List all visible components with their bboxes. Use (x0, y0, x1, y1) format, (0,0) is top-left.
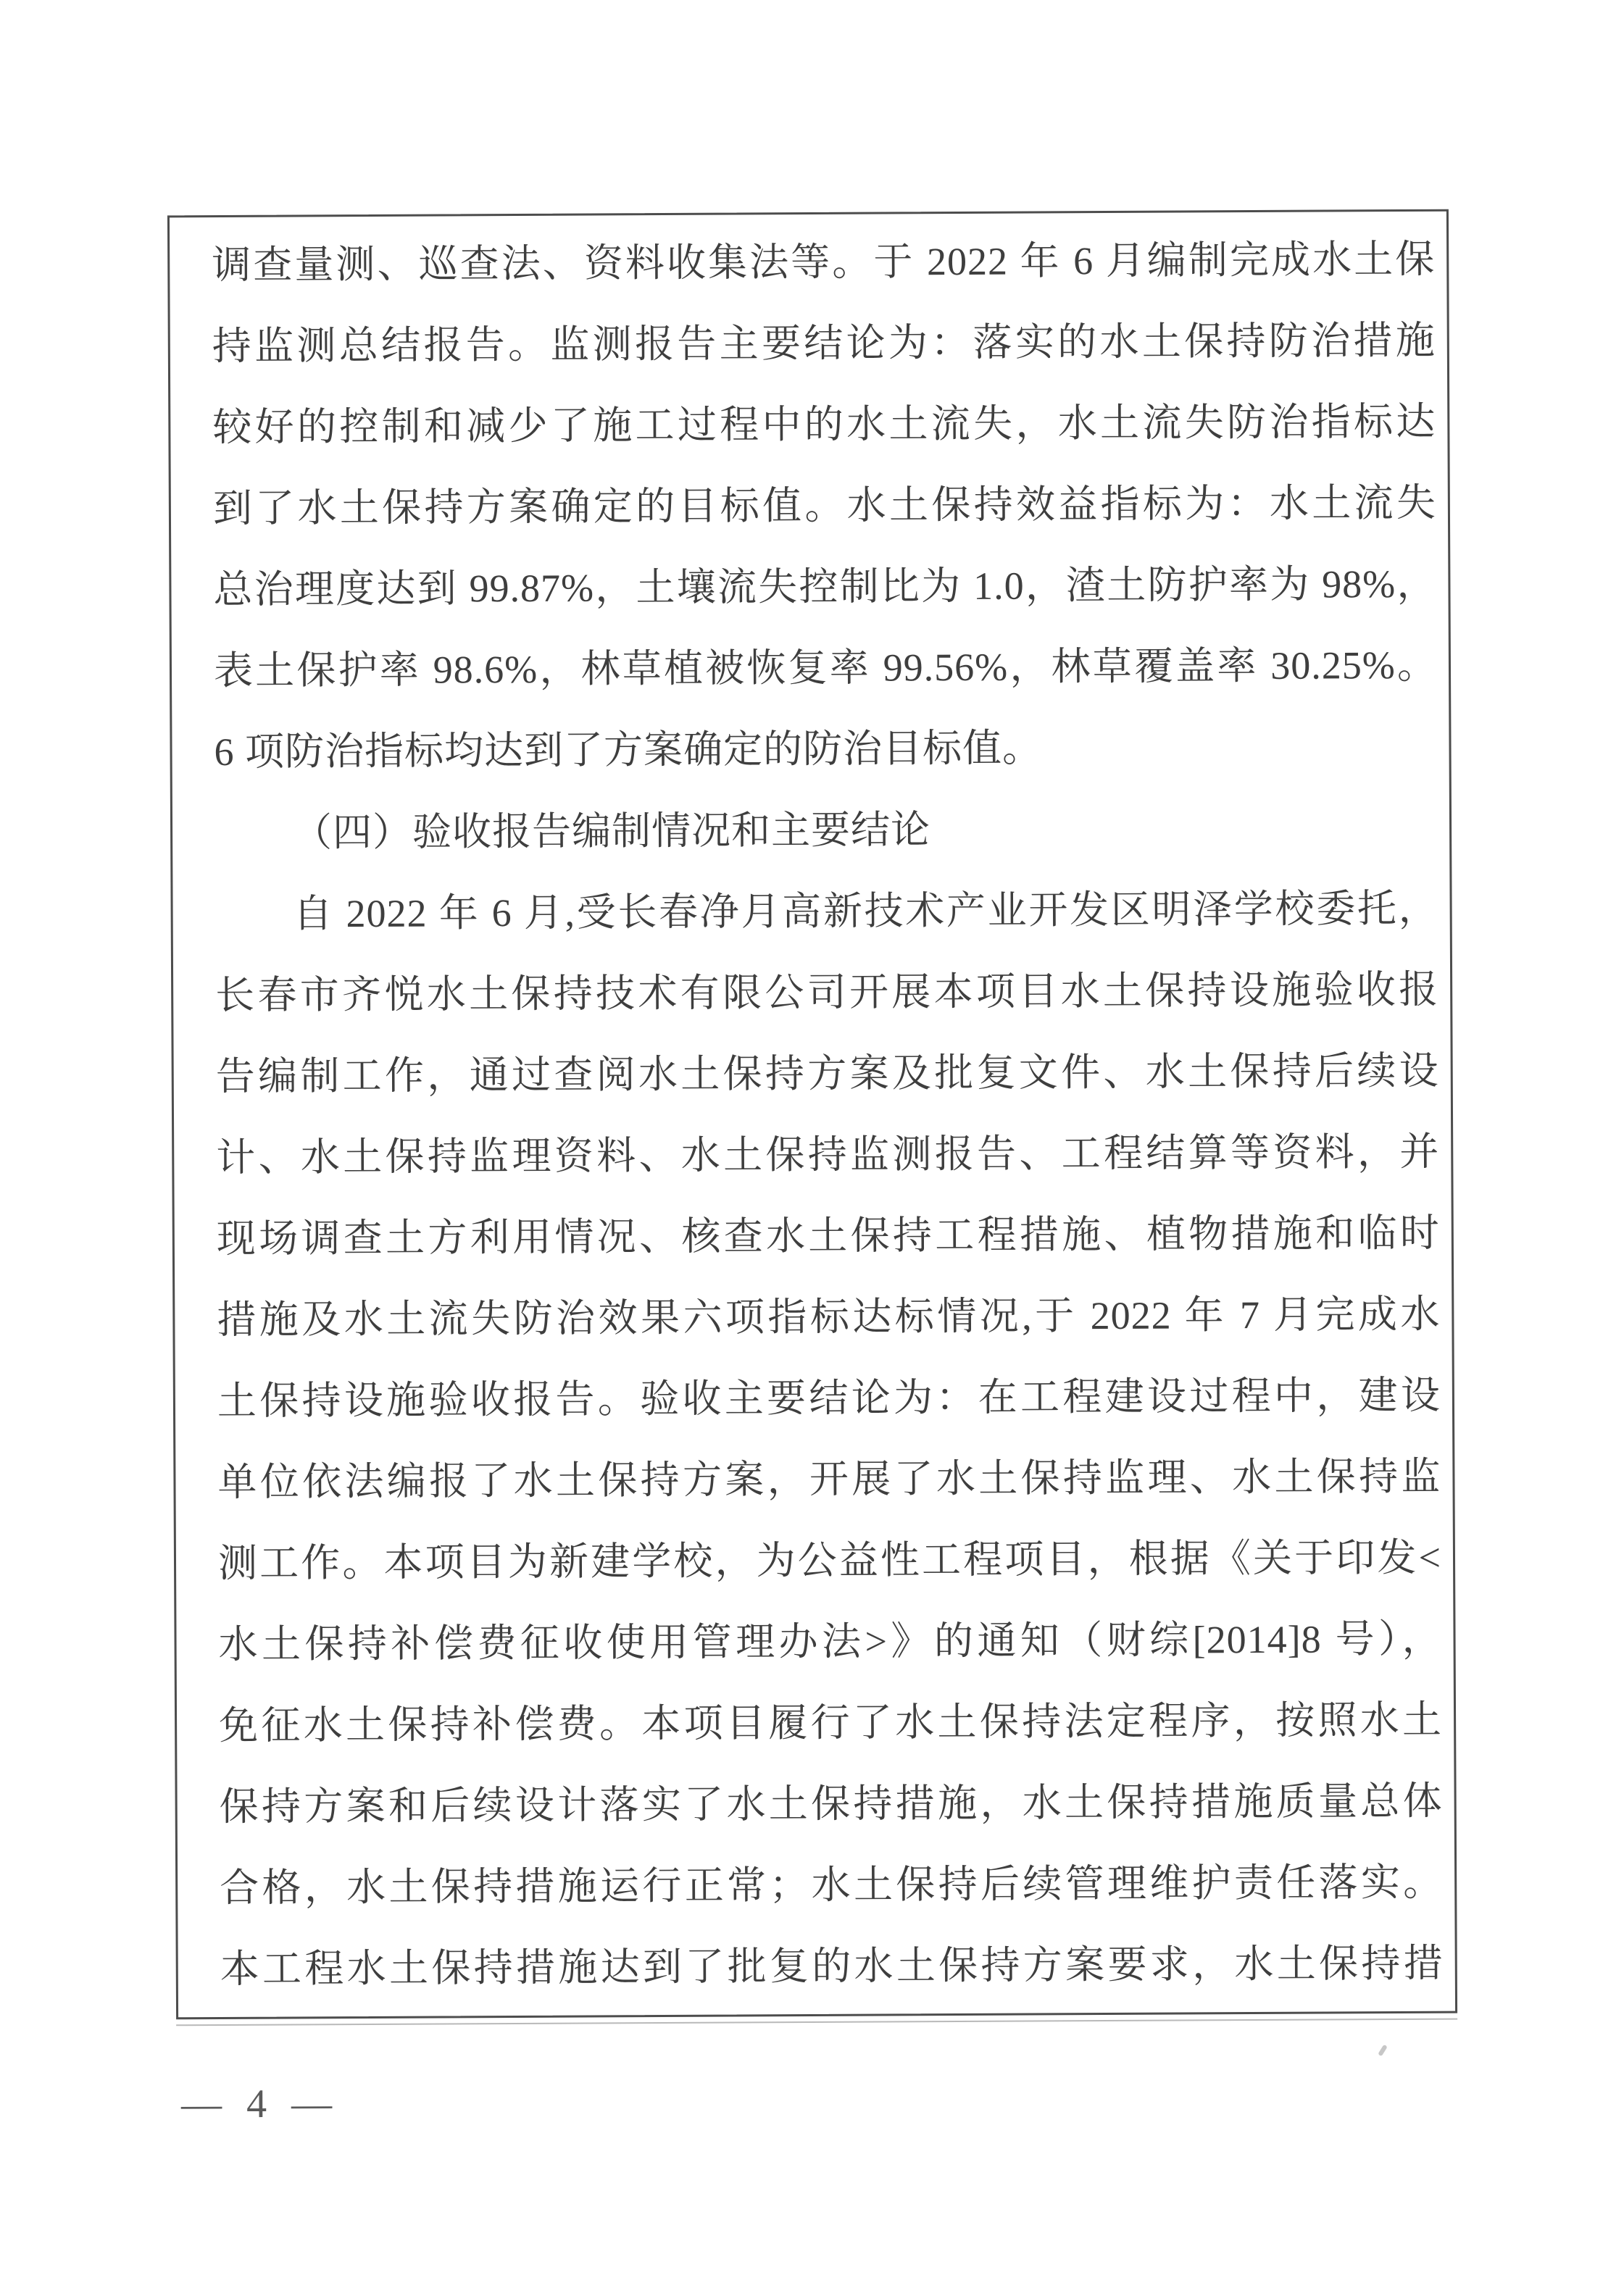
scan-speck (1378, 2045, 1388, 2057)
text-line: 土保持设施验收报告。验收主要结论为：在工程建设过程中，建设 (217, 1355, 1441, 1442)
text-line: 总治理度达到 99.87%，土壤流失控制比为 1.0，渣土防护率为 98%， (213, 543, 1437, 630)
text-line: 保持方案和后续设计落实了水土保持措施，水土保持措施质量总体 (219, 1761, 1443, 1848)
text-line: 措施及水土流失防治效果六项指标达标情况,于 2022 年 7 月完成水 (217, 1274, 1441, 1361)
text-line: 表土保护率 98.6%，林草植被恢复率 99.56%，林草覆盖率 30.25%。 (214, 625, 1438, 711)
text-line: 较好的控制和减少了施工过程中的水土流失，水土流失防治指标达 (212, 381, 1436, 468)
document-text-block: 调查量测、巡查法、资料收集法等。于 2022 年 6 月编制完成水土保 持监测总… (170, 212, 1455, 2011)
text-line: 调查量测、巡查法、资料收集法等。于 2022 年 6 月编制完成水土保 (212, 219, 1436, 306)
text-line: 持监测总结报告。监测报告主要结论为：落实的水土保持防治措施 (212, 300, 1436, 387)
text-line: 到了水土保持方案确定的目标值。水土保持效益指标为：水土流失 (213, 462, 1437, 549)
section-heading: （四）验收报告编制情况和主要结论 (215, 787, 1438, 874)
text-line: 自 2022 年 6 月,受长春净月高新技术产业开发区明泽学校委托， (215, 868, 1438, 955)
text-line: 水土保持补偿费征收使用管理办法>》的通知（财综[2014]8 号）， (218, 1598, 1442, 1685)
text-line: 计、水土保持监理资料、水土保持监测报告、工程结算等资料，并 (216, 1111, 1440, 1198)
text-line: 测工作。本项目为新建学校，为公益性工程项目，根据《关于印发< (218, 1517, 1442, 1604)
text-line: 单位依法编报了水土保持方案，开展了水土保持监理、水土保持监 (217, 1436, 1441, 1523)
text-line: 长春市齐悦水土保持技术有限公司开展本项目水土保持设施验收报 (215, 949, 1439, 1036)
text-line: 6 项防治指标均达到了方案确定的防治目标值。 (214, 706, 1438, 793)
document-frame: 调查量测、巡查法、资料收集法等。于 2022 年 6 月编制完成水土保 持监测总… (167, 209, 1457, 2020)
text-line: 本工程水土保持措施达到了批复的水土保持方案要求，水土保持措 (220, 1923, 1444, 2010)
text-line: 合格，水土保持措施运行正常；水土保持后续管理维护责任落实。 (220, 1842, 1444, 1929)
scanned-document-page: 调查量测、巡查法、资料收集法等。于 2022 年 6 月编制完成水土保 持监测总… (0, 0, 1624, 2296)
text-line: 免征水土保持补偿费。本项目履行了水土保持法定程序，按照水土 (219, 1679, 1443, 1766)
text-line: 告编制工作，通过查阅水土保持方案及批复文件、水土保持后续设 (215, 1030, 1439, 1117)
text-line: 现场调查土方利用情况、核查水土保持工程措施、植物措施和临时 (217, 1193, 1441, 1280)
page-number: — 4 — (181, 2081, 339, 2128)
